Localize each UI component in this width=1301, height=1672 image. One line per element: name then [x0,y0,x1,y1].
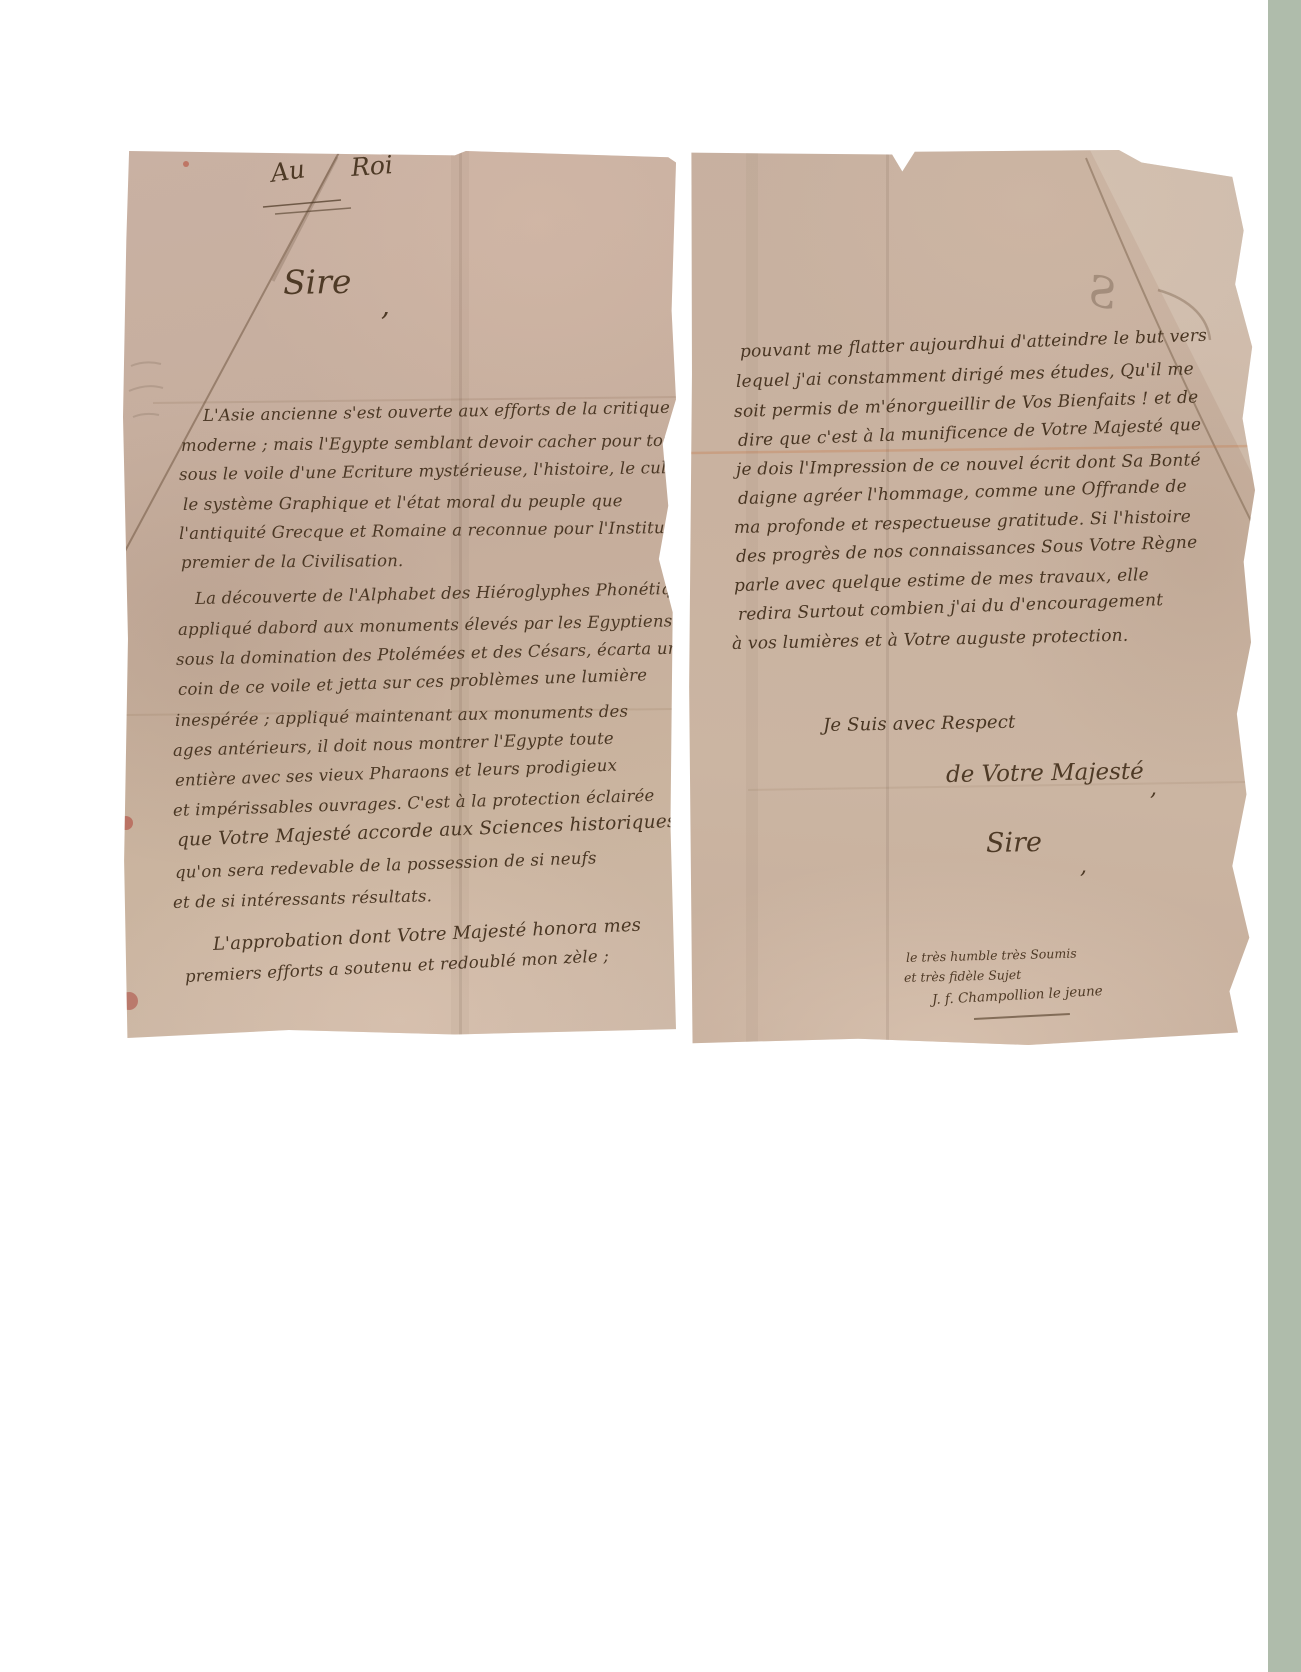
handwritten-line: premier de la Civilisation. [181,551,404,572]
header-annotation-au: Au [269,154,307,187]
handwritten-line: ages antérieurs, il doit nous montrer l'… [173,729,614,760]
handwritten-line: redira Surtout combien j'ai du d'encoura… [738,590,1164,625]
handwritten-line: entière avec ses vieux Pharaons et leurs… [175,756,618,790]
book-edge-strip [1268,0,1301,1672]
signature-flourish [974,1013,1070,1020]
salutation-left-comma: , [381,289,390,322]
handwritten-line: parle avec quelque estime de mes travaux… [734,565,1149,596]
handwritten-line: pouvant me flatter aujourdhui d'atteindr… [740,326,1208,362]
handwritten-line: et de si intéressants résultats. [173,886,433,912]
handwritten-line: moderne ; mais l'Egypte semblant devoir … [181,430,676,455]
handwritten-line: sous le voile d'une Ecriture mystérieuse… [179,458,676,484]
salutation-right-comma: , [1080,854,1087,879]
salutation-left: Sire [283,262,352,302]
closing-majesty-comma: , [1150,776,1157,801]
handwritten-line: ma profonde et respectueuse gratitude. S… [734,507,1191,538]
handwritten-line: inespérée ; appliqué maintenant aux monu… [175,702,629,730]
signature-name: J. f. Champollion le jeune [932,983,1104,1008]
manuscript-page-left: Au Roi Sire , L'Asie ancienne s'est ouve… [123,151,676,1038]
handwritten-line: dire que c'est à la munificence de Votre… [738,415,1202,451]
ink-show-through: S [1083,265,1123,320]
manuscript-page-right: S pouvant me flatter aujourdhui d'attein… [688,150,1255,1045]
signature-line: le très humble très Soumis [906,946,1077,965]
handwritten-line: sous la domination des Ptolémées et des … [176,639,676,669]
handwritten-line: à vos lumières et à Votre auguste protec… [732,626,1129,654]
handwritten-line: l'antiquité Grecque et Romaine a reconnu… [179,518,676,543]
salutation-right: Sire [986,827,1043,859]
header-annotation-roi: Roi [350,151,394,182]
signature-line: et très fidèle Sujet [904,967,1022,985]
closing-respect-line: Je Suis avec Respect [823,712,1016,736]
scan-background: Au Roi Sire , L'Asie ancienne s'est ouve… [0,0,1301,1672]
handwritten-line: le système Graphique et l'état moral du … [183,491,623,514]
handwritten-line: lequel j'ai constamment dirigé mes étude… [736,359,1194,392]
handwritten-line: daigne agréer l'hommage, comme une Offra… [738,476,1187,509]
handwritten-line: coin de ce voile et jetta sur ces problè… [178,665,648,699]
handwritten-line: qu'on sera redevable de la possession de… [175,848,597,882]
handwritten-line: je dois l'Impression de ce nouvel écrit … [736,450,1201,480]
handwritten-line: L'Asie ancienne s'est ouverte aux effort… [203,398,670,425]
handwritten-line: La découverte de l'Alphabet des Hiérogly… [195,578,676,608]
closing-majesty-line: de Votre Majesté [946,759,1144,788]
handwritten-line: des progrès de nos connaissances Sous Vo… [736,533,1198,567]
handwritten-line: appliqué dabord aux monuments élevés par… [178,611,673,639]
